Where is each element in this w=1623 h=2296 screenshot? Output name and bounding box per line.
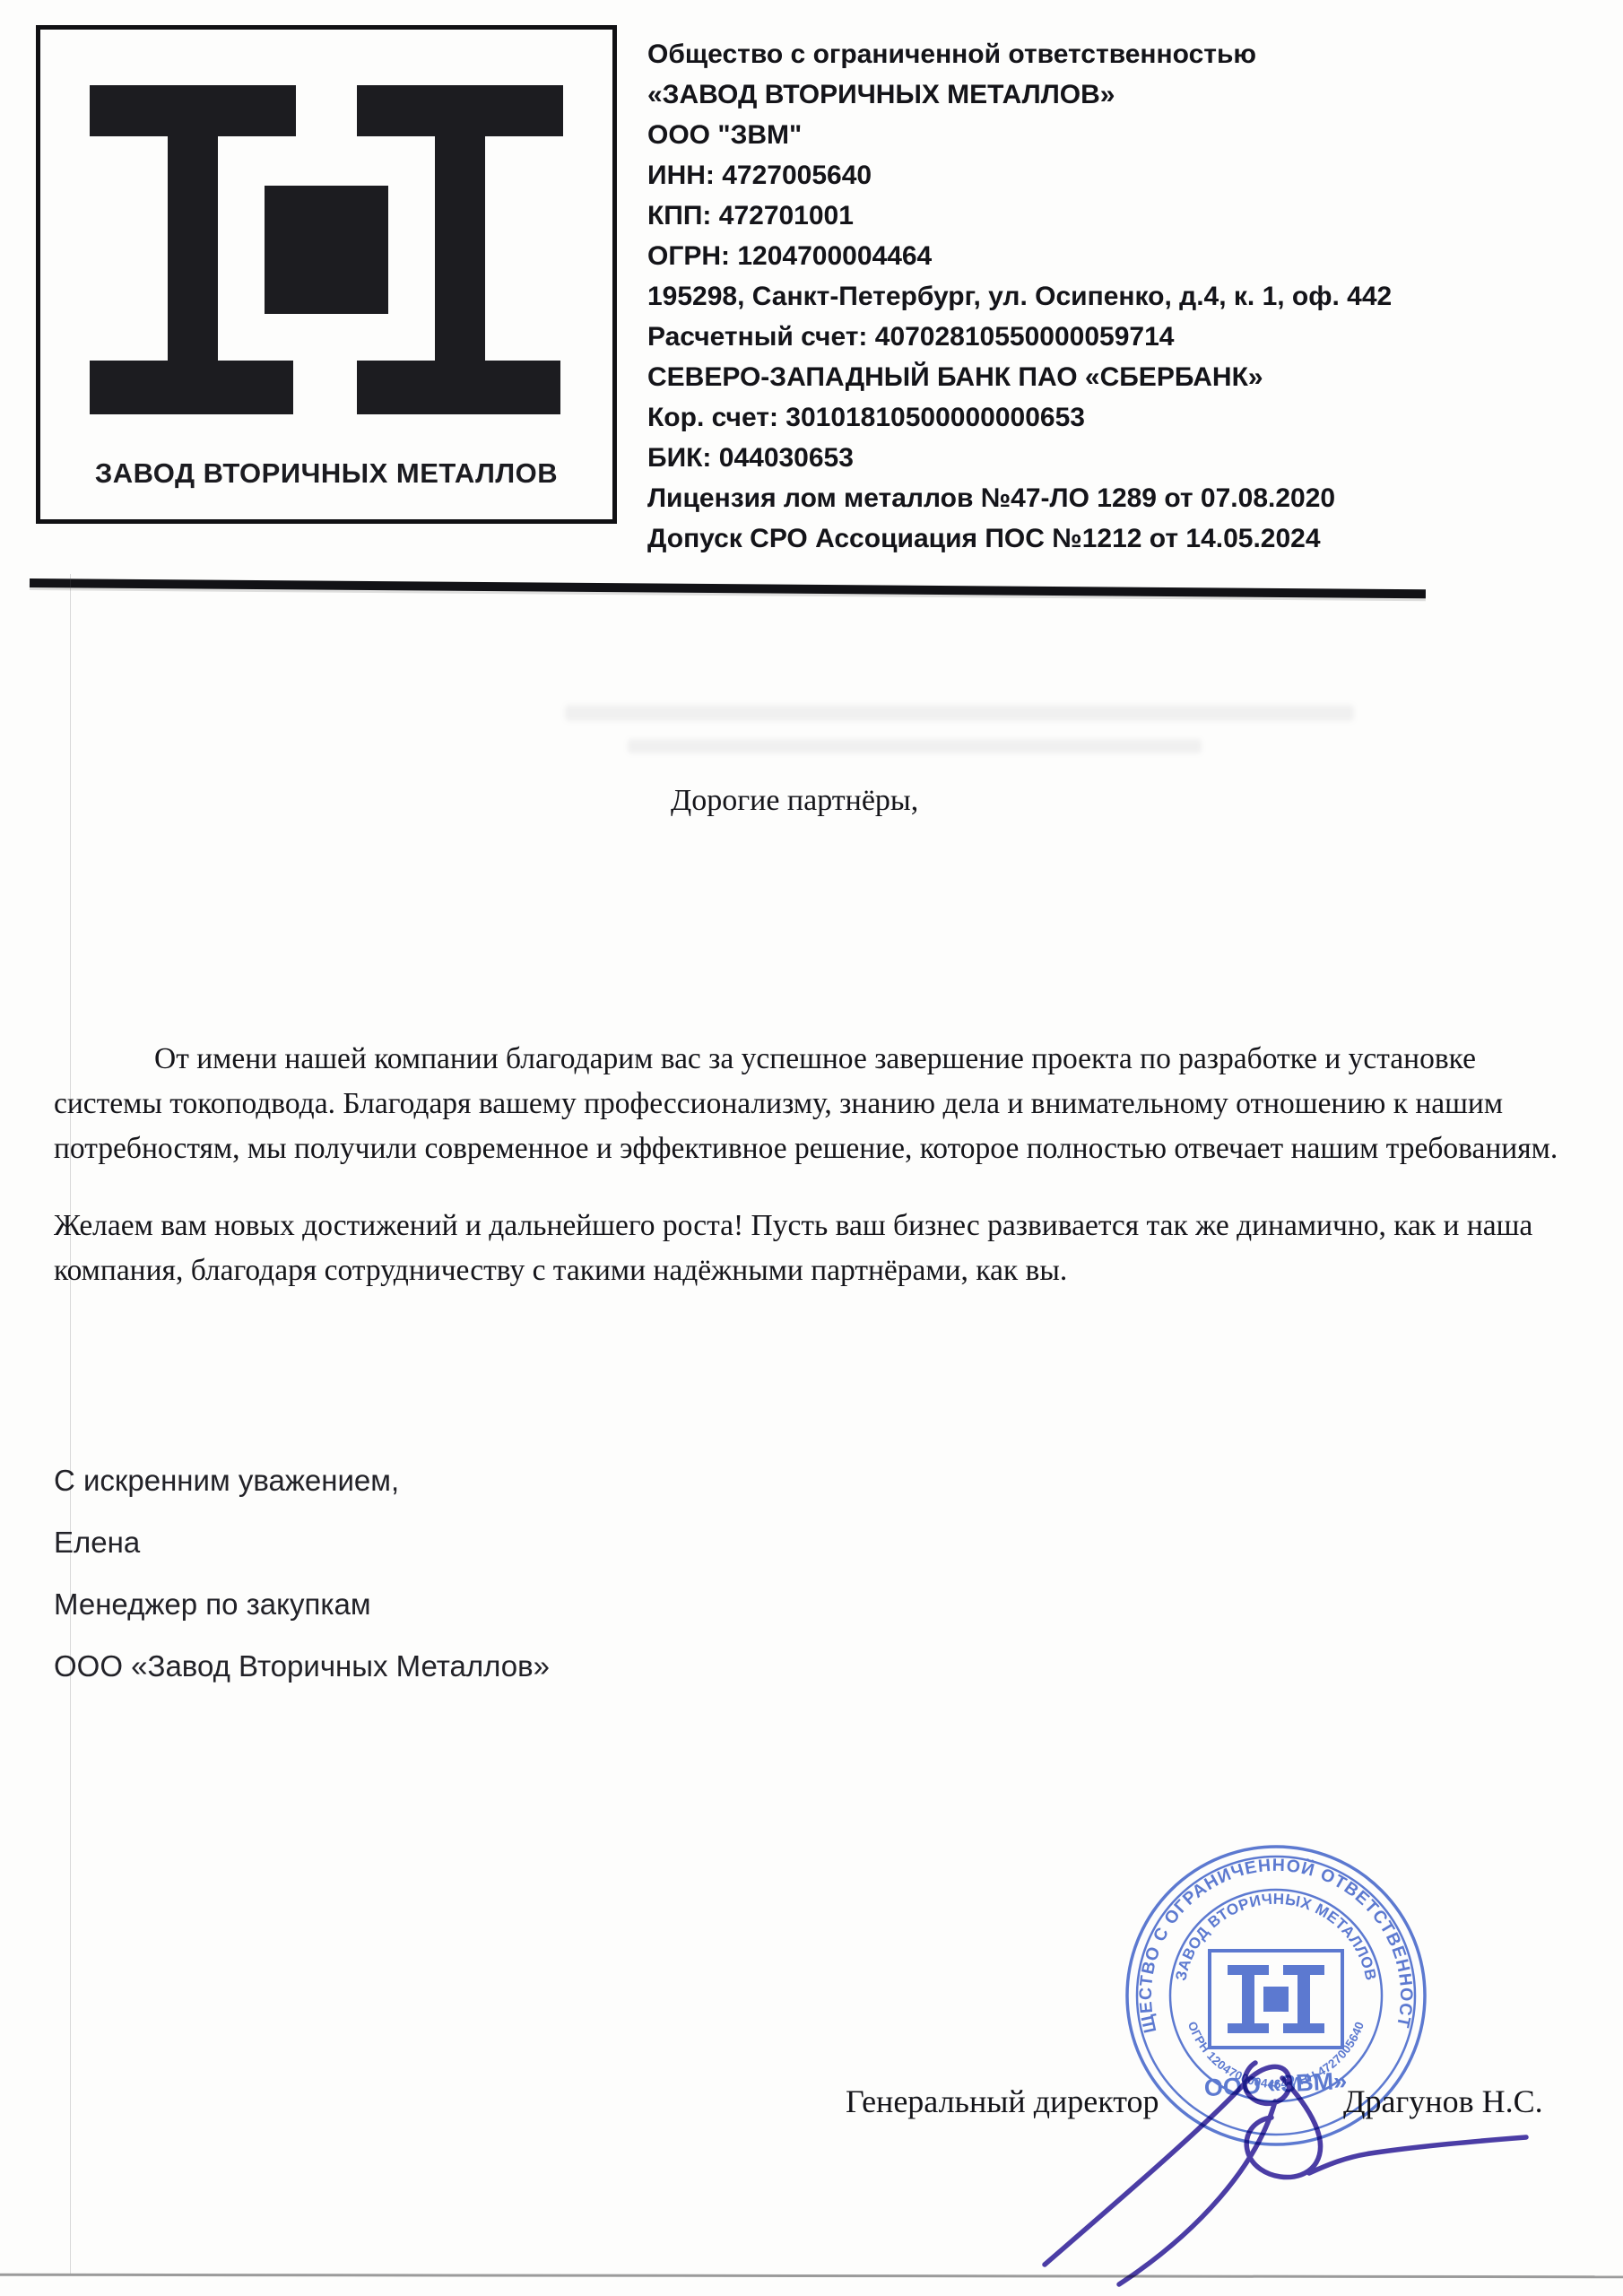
greeting: Дорогие партнёры, [671,784,918,818]
closing-line: Менеджер по закупкам [54,1587,550,1622]
scan-fold-artifact [70,574,71,2274]
company-info-line: ИНН: 4727005640 [647,155,1607,196]
scan-bleedthrough-artifact [565,705,1354,721]
company-info-line: Лицензия лом металлов №47-ЛО 1289 от 07.… [647,478,1607,518]
scanned-letter-page: ЗАВОД ВТОРИЧНЫХ МЕТАЛЛОВ Общество с огра… [0,0,1623,2296]
company-info-line: ОГРН: 1204700004464 [647,236,1607,276]
company-logo: ЗАВОД ВТОРИЧНЫХ МЕТАЛЛОВ [36,25,617,524]
letter-body: От имени нашей компании благодарим вас з… [54,1037,1571,1293]
closing-line: Елена [54,1526,550,1560]
closing-block: С искренним уважением, Елена Менеджер по… [54,1464,550,1683]
company-info-line: Кор. счет: 30101810500000000653 [647,397,1607,438]
company-info-line: «ЗАВОД ВТОРИЧНЫХ МЕТАЛЛОВ» [647,74,1607,115]
closing-line: ООО «Завод Вторичных Металлов» [54,1649,550,1683]
closing-line: С искренним уважением, [54,1464,550,1498]
paragraph: Желаем вам новых достижений и дальнейшег… [54,1204,1571,1293]
company-info-line: 195298, Санкт-Петербург, ул. Осипенко, д… [647,276,1607,317]
company-info-line: ООО "ЗВМ" [647,115,1607,155]
logo-caption: ЗАВОД ВТОРИЧНЫХ МЕТАЛЛОВ [40,457,612,490]
company-info-line: Общество с ограниченной ответственностью [647,34,1607,74]
header-divider-rule [30,578,1426,598]
company-info-block: Общество с ограниченной ответственностью… [647,34,1607,559]
director-signature-icon [1013,2022,1569,2296]
company-info-line: Допуск СРО Ассоциация ПОС №1212 от 14.05… [647,518,1607,559]
company-info-line: БИК: 044030653 [647,438,1607,478]
scan-bleedthrough-artifact [628,739,1202,753]
paragraph: От имени нашей компании благодарим вас з… [54,1037,1571,1171]
i-beam-shapes [90,85,563,414]
company-info-line: СЕВЕРО-ЗАПАДНЫЙ БАНК ПАО «СБЕРБАНК» [647,357,1607,397]
i-beam-logo-icon [40,30,612,451]
company-info-line: Расчетный счет: 40702810550000059714 [647,317,1607,357]
company-info-line: КПП: 472701001 [647,196,1607,236]
